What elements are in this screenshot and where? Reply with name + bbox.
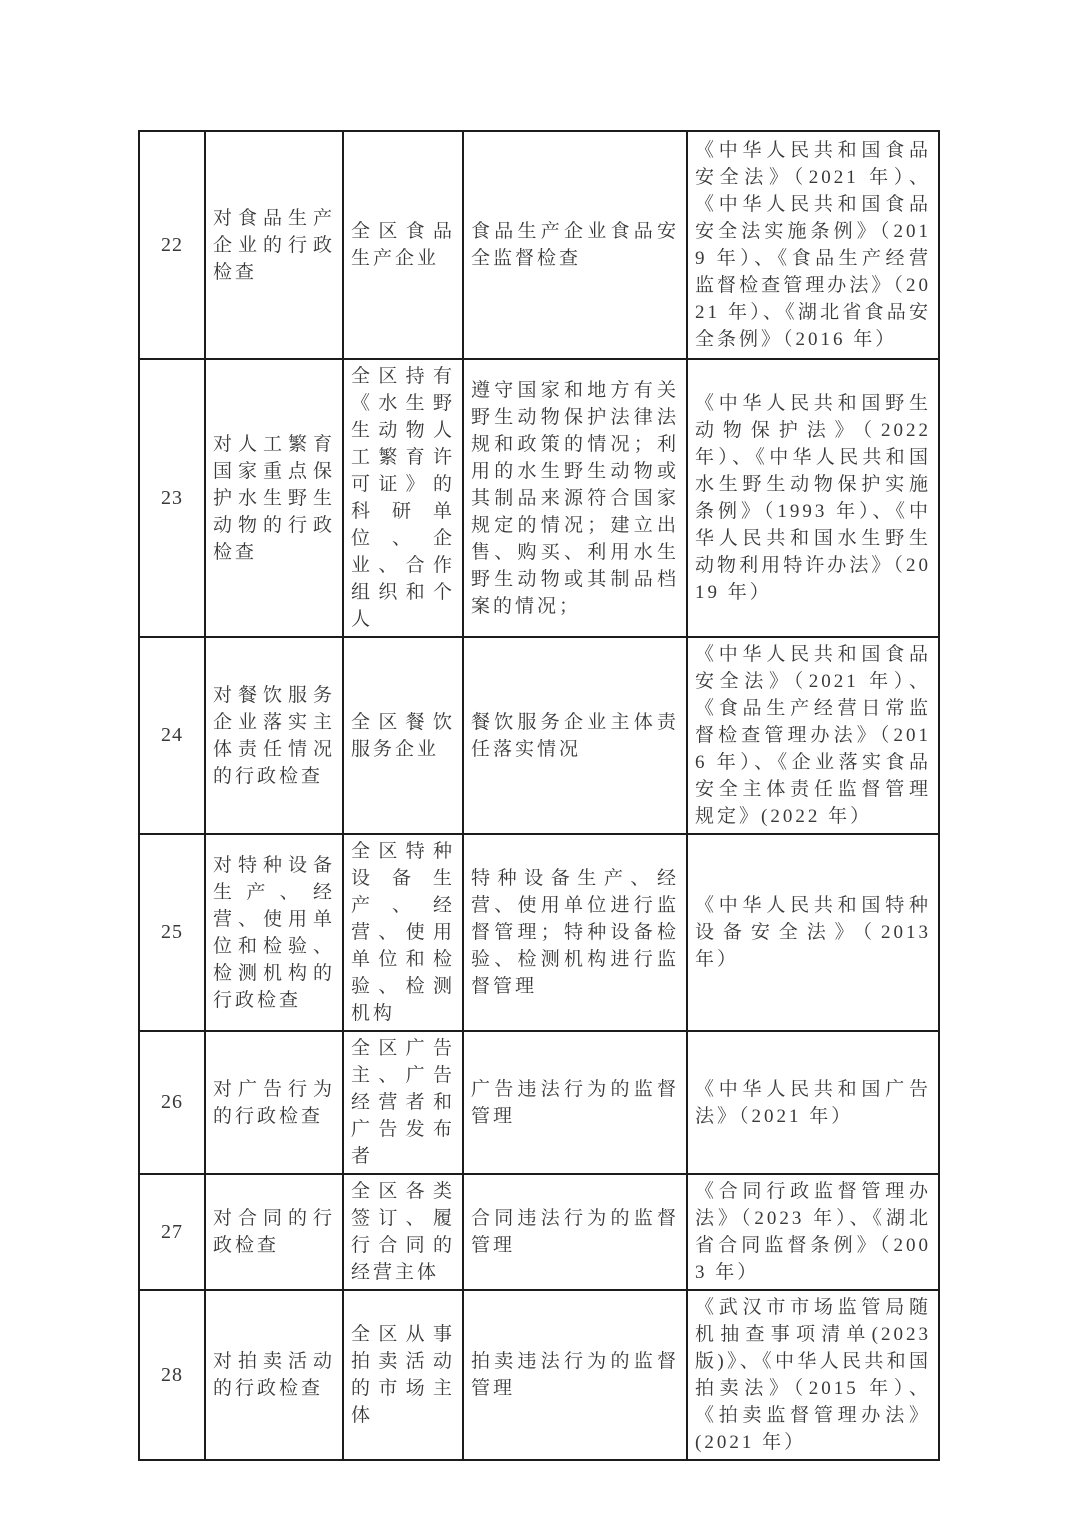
inspection-item-cell: 对人工繁育国家重点保护水生野生动物的行政检查 <box>205 359 343 637</box>
inspection-target-cell: 全区餐饮服务企业 <box>343 637 463 834</box>
inspection-content-cell: 拍卖违法行为的监督管理 <box>463 1290 687 1460</box>
row-number-cell: 22 <box>139 131 205 359</box>
inspection-content-cell: 餐饮服务企业主体责任落实情况 <box>463 637 687 834</box>
row-number-cell: 25 <box>139 834 205 1031</box>
inspection-target-cell: 全区特种设备生产、经营、使用单位和检验、检测机构 <box>343 834 463 1031</box>
inspection-item-cell: 对广告行为的行政检查 <box>205 1031 343 1174</box>
inspection-content-cell: 遵守国家和地方有关野生动物保护法律法规和政策的情况；利用的水生野生动物或其制品来… <box>463 359 687 637</box>
inspection-target-cell: 全区持有《水生野生动物人工繁育许可证》的科研单位、企业、合作组织和个人 <box>343 359 463 637</box>
legal-basis-cell: 《中华人民共和国野生动物保护法》（2022 年）、《中华人民共和国水生野生动物保… <box>687 359 939 637</box>
legal-basis-cell: 《中华人民共和国特种设备安全法》（2013 年） <box>687 834 939 1031</box>
inspection-content-cell: 特种设备生产、经营、使用单位进行监督管理；特种设备检验、检测机构进行监督管理 <box>463 834 687 1031</box>
inspection-item-cell: 对拍卖活动的行政检查 <box>205 1290 343 1460</box>
inspection-target-cell: 全区从事拍卖活动的市场主体 <box>343 1290 463 1460</box>
inspection-target-cell: 全区食品生产企业 <box>343 131 463 359</box>
document-page: 22 对食品生产企业的行政检查 全区食品生产企业 食品生产企业食品安全监督检查 … <box>0 0 1074 1520</box>
inspection-content-cell: 合同违法行为的监督管理 <box>463 1174 687 1290</box>
inspection-target-cell: 全区各类签订、履行合同的经营主体 <box>343 1174 463 1290</box>
table-row: 27 对合同的行政检查 全区各类签订、履行合同的经营主体 合同违法行为的监督管理… <box>139 1174 939 1290</box>
row-number-cell: 27 <box>139 1174 205 1290</box>
inspection-item-cell: 对食品生产企业的行政检查 <box>205 131 343 359</box>
legal-basis-cell: 《中华人民共和国食品安全法》（2021 年）、《食品生产经营日常监督检查管理办法… <box>687 637 939 834</box>
table-row: 24 对餐饮服务企业落实主体责任情况的行政检查 全区餐饮服务企业 餐饮服务企业主… <box>139 637 939 834</box>
inspection-item-cell: 对餐饮服务企业落实主体责任情况的行政检查 <box>205 637 343 834</box>
inspection-target-cell: 全区广告主、广告经营者和广告发布者 <box>343 1031 463 1174</box>
table-row: 26 对广告行为的行政检查 全区广告主、广告经营者和广告发布者 广告违法行为的监… <box>139 1031 939 1174</box>
row-number-cell: 24 <box>139 637 205 834</box>
inspection-items-table: 22 对食品生产企业的行政检查 全区食品生产企业 食品生产企业食品安全监督检查 … <box>138 130 940 1461</box>
legal-basis-cell: 《中华人民共和国广告法》（2021 年） <box>687 1031 939 1174</box>
table-row: 25 对特种设备生产、经营、使用单位和检验、检测机构的行政检查 全区特种设备生产… <box>139 834 939 1031</box>
table-row: 23 对人工繁育国家重点保护水生野生动物的行政检查 全区持有《水生野生动物人工繁… <box>139 359 939 637</box>
legal-basis-cell: 《中华人民共和国食品安全法》（2021 年）、《中华人民共和国食品安全法实施条例… <box>687 131 939 359</box>
row-number-cell: 26 <box>139 1031 205 1174</box>
table-row: 28 对拍卖活动的行政检查 全区从事拍卖活动的市场主体 拍卖违法行为的监督管理 … <box>139 1290 939 1460</box>
inspection-item-cell: 对特种设备生产、经营、使用单位和检验、检测机构的行政检查 <box>205 834 343 1031</box>
row-number-cell: 28 <box>139 1290 205 1460</box>
legal-basis-cell: 《合同行政监督管理办法》（2023 年）、《湖北省合同监督条例》（2003 年） <box>687 1174 939 1290</box>
inspection-content-cell: 广告违法行为的监督管理 <box>463 1031 687 1174</box>
row-number-cell: 23 <box>139 359 205 637</box>
legal-basis-cell: 《武汉市市场监管局随机抽查事项清单(2023 版)》、《中华人民共和国拍卖法》（… <box>687 1290 939 1460</box>
inspection-content-cell: 食品生产企业食品安全监督检查 <box>463 131 687 359</box>
table-row: 22 对食品生产企业的行政检查 全区食品生产企业 食品生产企业食品安全监督检查 … <box>139 131 939 359</box>
inspection-item-cell: 对合同的行政检查 <box>205 1174 343 1290</box>
